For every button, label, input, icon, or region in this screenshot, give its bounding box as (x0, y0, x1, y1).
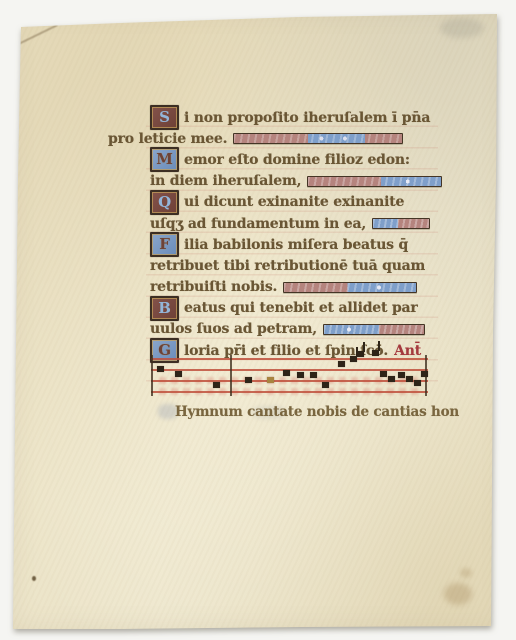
stain-bottom-right (444, 583, 472, 605)
neume-note (406, 376, 413, 382)
text-line: uſqʒ ad fundamentum in ea, (150, 213, 442, 234)
stain-top-right (440, 18, 484, 38)
neume-note (213, 382, 220, 388)
illuminated-initial-B: B (150, 296, 179, 321)
neume-note (322, 382, 329, 388)
text-block: S i non propoſito iheruſalem ī pn̄a pro … (150, 107, 442, 361)
text-line: uulos ſuos ad petram, (150, 319, 442, 340)
neume-note (175, 371, 182, 377)
line-filler-ornament (307, 176, 442, 187)
text-line: retribuet tibi retributionē tuā quam (150, 255, 442, 276)
line-text: retribuet tibi retributionē tuā quam (150, 258, 425, 274)
neume-note (157, 366, 164, 372)
staff-line (151, 380, 428, 382)
neume-note (350, 356, 357, 362)
line-text: ilia babilonis miſera beatus q̄ (184, 237, 408, 253)
line-text: i non propoſito iheruſalem ī pn̄a (184, 110, 430, 126)
neume-note (310, 372, 317, 378)
staff-line (151, 358, 428, 360)
text-line: retribuiſti nobis. (150, 277, 442, 298)
text-line: pro leticie mee. (108, 128, 442, 149)
staff-barline (230, 355, 232, 396)
line-filler-ornament (233, 133, 403, 144)
line-text: uulos ſuos ad petram, (150, 321, 317, 337)
line-filler-ornament (372, 218, 430, 229)
line-text: eatus qui tenebit et allidet par (184, 300, 418, 316)
line-text: pro leticie mee. (108, 131, 227, 147)
text-line: F ilia babilonis miſera beatus q̄ (150, 234, 442, 255)
text-line: Q ui dicunt exinanite exinanite (150, 192, 442, 213)
text-line: in diem iheruſalem, (150, 171, 442, 192)
vellum-leaf: S i non propoſito iheruſalem ī pn̄a pro … (0, 0, 516, 640)
line-text: emor eſto domine filioz edon: (184, 152, 410, 168)
staff-barline (151, 355, 153, 396)
illuminated-initial-M: M (150, 147, 179, 172)
corner-fold-crease (16, 24, 58, 46)
catchline-rubric: Hymnum cantate nobis de cantias hon (175, 404, 459, 420)
line-text: retribuiſti nobis. (150, 279, 277, 295)
illuminated-initial-Q: Q (150, 190, 179, 215)
neume-note (283, 370, 290, 376)
neume-note (421, 371, 428, 377)
line-filler-ornament (323, 324, 425, 335)
line-text: uſqʒ ad fundamentum in ea, (150, 216, 366, 232)
line-text: in diem iheruſalem, (150, 173, 301, 189)
neume-note (267, 377, 274, 383)
staff-line (151, 391, 428, 393)
neume-note (297, 372, 304, 378)
line-filler-ornament (283, 282, 417, 293)
neume-note (338, 361, 345, 367)
illuminated-initial-S: S (150, 105, 179, 130)
neume-note (414, 380, 421, 386)
neume-note (398, 372, 405, 378)
text-line: B eatus qui tenebit et allidet par (150, 298, 442, 319)
text-line: S i non propoſito iheruſalem ī pn̄a (150, 107, 442, 128)
manuscript-photo: S i non propoſito iheruſalem ī pn̄a pro … (0, 0, 516, 640)
illuminated-initial-F: F (150, 232, 179, 257)
neume-note (380, 371, 387, 377)
ink-speck (32, 576, 36, 581)
line-text: ui dicunt exinanite exinanite (184, 194, 404, 210)
stain-bottom-right-small (460, 568, 472, 578)
music-staff (151, 353, 428, 399)
vellum-leaf-wrapper: S i non propoſito iheruſalem ī pn̄a pro … (0, 0, 516, 640)
text-line: M emor eſto domine filioz edon: (150, 149, 442, 170)
neume-note (245, 377, 252, 383)
neume-note (388, 376, 395, 382)
neume-note (357, 351, 364, 357)
neume-note (372, 350, 379, 356)
